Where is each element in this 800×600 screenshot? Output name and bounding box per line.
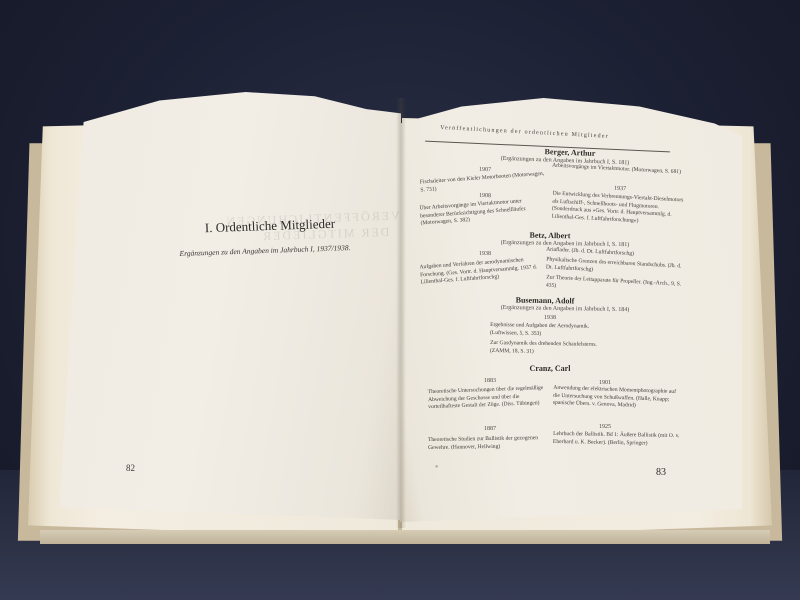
entry-text: Zur Gasdynamik des drehenden Schaufelste… (490, 340, 610, 357)
page-number-right: 83 (656, 467, 666, 478)
entry-text: Theoretische Studien zur Ballistik der g… (428, 435, 548, 452)
entry-year: 1938 (465, 251, 505, 257)
entry-text: Anwendung der elektrischen Momentphotogr… (553, 385, 682, 412)
book-spine-edge (40, 530, 770, 544)
page-number-left: 82 (126, 463, 135, 473)
entry-text: Theoretische Untersuchungen über die reg… (428, 385, 549, 412)
printer-mark: * (435, 464, 439, 472)
book-gutter (396, 98, 406, 528)
entry-text: Ergebnisse und Aufgaben der Aerodynamik.… (490, 322, 610, 339)
member-name: Cranz, Carl (510, 364, 590, 373)
entry-text: Lehrbuch der Ballistik. Bd 1: Äußere Bal… (553, 431, 681, 448)
left-page (56, 92, 401, 520)
entry-year: 1887 (470, 426, 510, 432)
entry-year: 1925 (585, 424, 625, 430)
entry-year: 1938 (530, 315, 570, 321)
entry-year: 1883 (470, 378, 510, 384)
